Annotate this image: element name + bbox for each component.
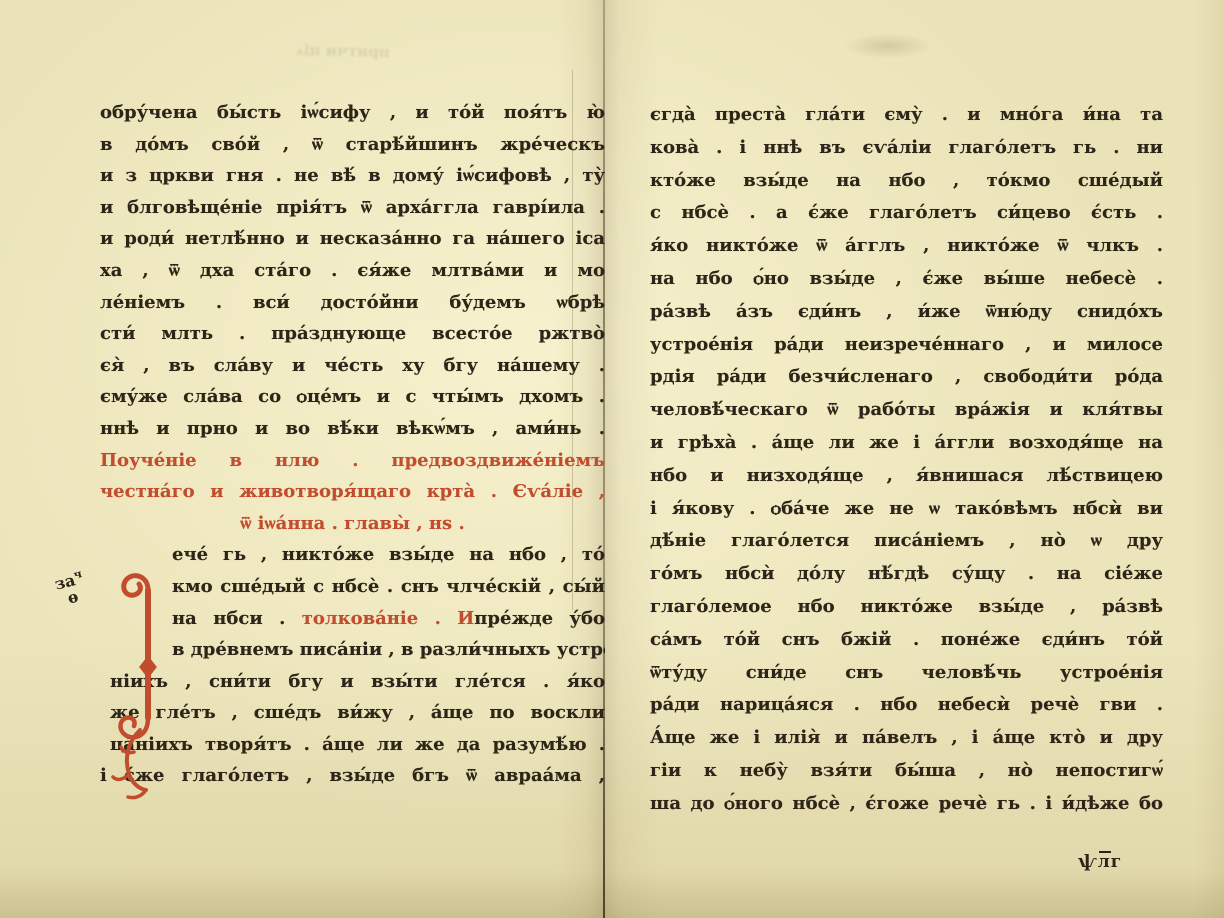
- text-line: ече́ гь , никто́же взы́де на нбо , то́: [100, 539, 605, 571]
- rubric-text: И: [457, 608, 474, 629]
- text-line: А́ще же і илія̀ и па́велъ , і а́ще кто̀ …: [650, 722, 1163, 755]
- text-line: са́мъ то́й снъ бжій . поне́же єди́нъ то́…: [650, 624, 1163, 657]
- text-line: в до́мъ сво́й , ѿ старѣ́йшинъ жре́ческъ: [100, 129, 605, 161]
- rubric-heading: Поуче́ніе в нлю . предвоздвиже́ніемъчест…: [100, 445, 605, 540]
- rubric-text: Поуче́ніе в нлю . предвоздвиже́ніемъ: [100, 450, 605, 471]
- text-line: и грѣха̀ . а́ще ли же і а́ггли возходя́щ…: [650, 427, 1163, 460]
- text-line: ѿту́ду сни́де снъ человѣ́чь устрое́нія: [650, 657, 1163, 690]
- text-line: с нбсѐ . а є́же глаго́летъ си́цево є́сть…: [650, 197, 1163, 230]
- text-line: ннѣ и прно и во вѣ́ки вѣкѡ́мъ , ами́нь .: [100, 413, 605, 445]
- text-line: я́ко никто́же ѿ а́гглъ , никто́же ѿ члкъ…: [650, 230, 1163, 263]
- text-line: Поуче́ніе в нлю . предвоздвиже́ніемъ: [100, 445, 605, 477]
- rubric-text: честна́го и животворя́щаго крта̀ . Єѵа́л…: [100, 481, 605, 502]
- text-line: і я́кову . ѻба́че же не ѡ тако́вѣмъ нбсѝ…: [650, 493, 1163, 526]
- text-line: ра́звѣ а́зъ єди́нъ , и́же ѿню́ду снидо́х…: [650, 296, 1163, 329]
- text-line: ша до ѻ́ного нбсѐ , є́гоже речѐ гь . і и…: [650, 788, 1163, 821]
- text-line: и блговѣще́ніе прія́тъ ѿ арха́ггла гаврі…: [100, 192, 605, 224]
- text-line: кто́же взы́де на нбо , то́кмо сше́дый: [650, 165, 1163, 198]
- rubric-text: толкова́ніе .: [302, 608, 441, 629]
- left-page-body-top: обру́чена бы́сть іѡ́сифу , и то́й поя́тъ…: [100, 97, 605, 445]
- right-page-text: єгда̀ преста̀ гла́ти єму̀ . и мно́га и́н…: [650, 99, 1163, 821]
- text-line: ра́ди нарица́яся . нбо небесѝ речѐ гви .: [650, 689, 1163, 722]
- folio-signature: ѱлг: [1078, 852, 1122, 872]
- text-line: дѣ́ніе глаго́лется писа́ніемъ , но̀ ѡ др…: [650, 525, 1163, 558]
- text-line: го́мъ нбсѝ до́лу нѣ́гдѣ су́щу . на сіе́ж…: [650, 558, 1163, 591]
- margin-zachalo-note: зач ѳ: [52, 565, 89, 609]
- text-line: человѣ́ческаго ѿ рабо́ты вра́жія и кля́т…: [650, 394, 1163, 427]
- show-through-text: притчи ціѧ: [238, 39, 448, 63]
- text-line: обру́чена бы́сть іѡ́сифу , и то́й поя́тъ…: [100, 97, 605, 129]
- right-page-body: єгда̀ преста̀ гла́ти єму̀ . и мно́га и́н…: [650, 99, 1163, 821]
- text-line: ха , ѿ дха ста́го . єя́же млтва́ми и мо: [100, 255, 605, 287]
- text-line: сти́ млть . пра́зднующе всесто́е ржтво̀: [100, 318, 605, 350]
- text-line: ѿ іѡа́нна . главы̀ , нѕ .: [100, 508, 605, 540]
- ornamental-initial-letter: [110, 570, 184, 812]
- text-line: на нбо ѻ́но взы́де , є́же вы́ше небесѐ .: [650, 263, 1163, 296]
- text-line: и з цркви гня . не вѣ́ в дому́ іѡ́сифовѣ…: [100, 160, 605, 192]
- text-line: рдія ра́ди безчи́сленаго , свободи́ти ро…: [650, 361, 1163, 394]
- text-line: честна́го и животворя́щаго крта̀ . Єѵа́л…: [100, 476, 605, 508]
- text-line: глаго́лемое нбо никто́же взы́де , ра́звѣ: [650, 591, 1163, 624]
- text-line: нбо и низходя́ще , я́внишася лѣ́ствицею: [650, 460, 1163, 493]
- text-line: гіи к небу̀ взя́ти бы́ша , но̀ непостигѡ…: [650, 755, 1163, 788]
- rubric-text: ѿ іѡа́нна . главы̀ , нѕ .: [240, 513, 464, 534]
- text-line: єму́же сла́ва со ѻце́мъ и с чты́мъ дхомъ…: [100, 381, 605, 413]
- page-edge-shading: [1194, 0, 1224, 918]
- text-line: устрое́нія ра́ди неизрече́ннаго , и мило…: [650, 329, 1163, 362]
- text-line: єгда̀ преста̀ гла́ти єму̀ . и мно́га и́н…: [650, 99, 1163, 132]
- text-line: єя̀ , въ сла́ву и че́сть ху бгу на́шему …: [100, 350, 605, 382]
- text-line: и роди́ нетлѣ́нно и несказа́нно га на́ше…: [100, 223, 605, 255]
- book-spread: притчи ціѧ обру́чена бы́сть іѡ́сифу , и …: [0, 0, 1224, 918]
- text-line: кова̀ . і ннѣ въ єѵа́ліи глаго́летъ гь .…: [650, 132, 1163, 165]
- show-through-smudge: [843, 33, 933, 59]
- text-line: ле́ніемъ . вси́ досто́йни бу́демъ ѡбрѣ: [100, 287, 605, 319]
